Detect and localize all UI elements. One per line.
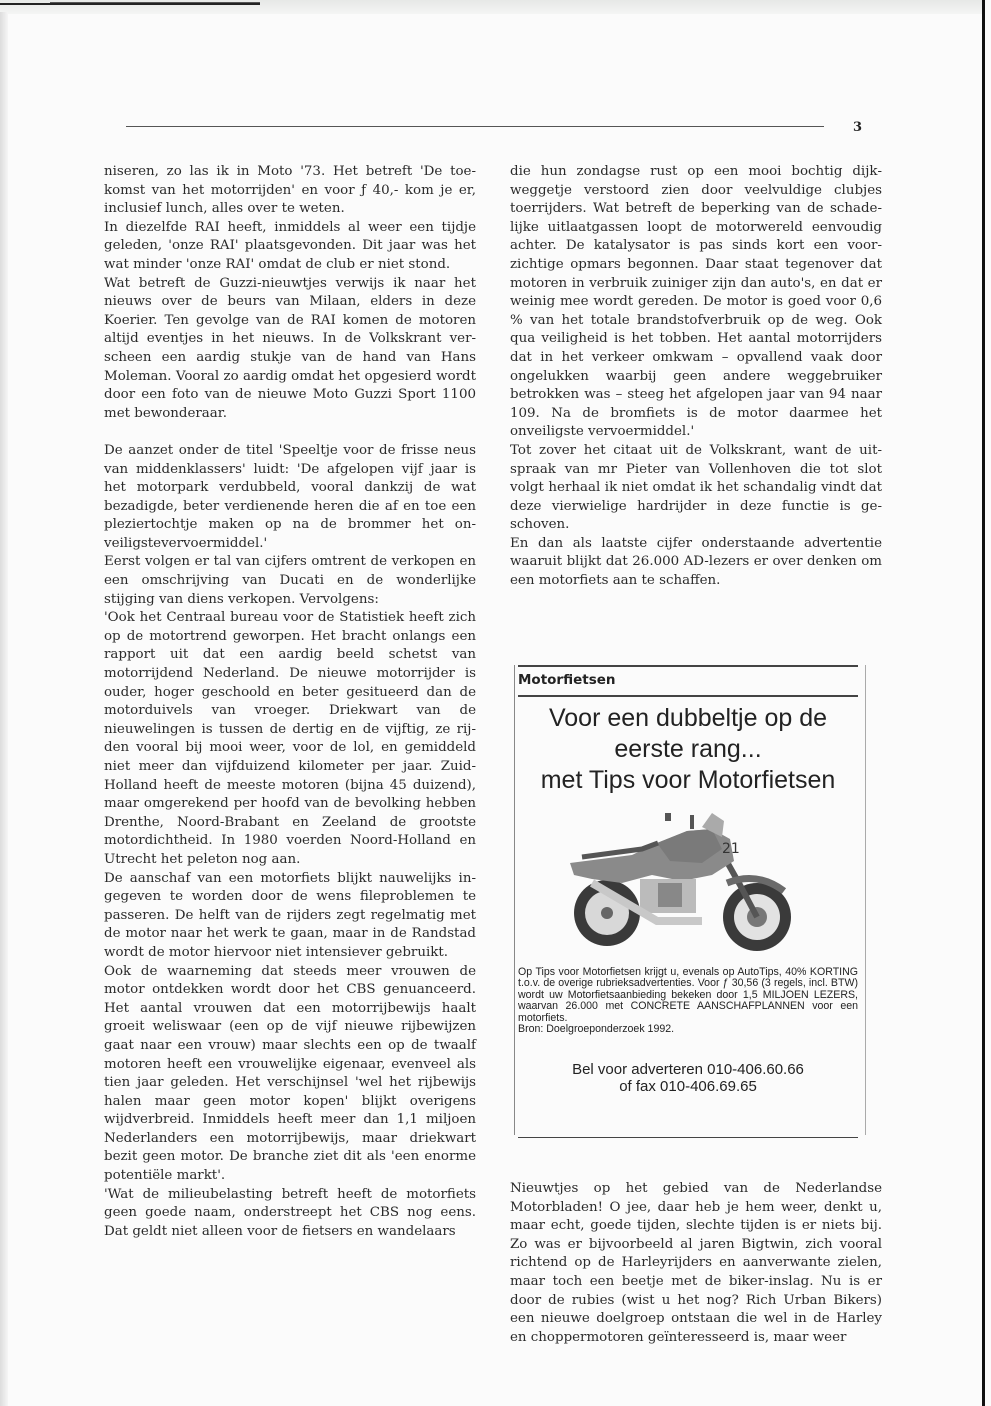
scan-edge-left bbox=[0, 12, 8, 1406]
right-column-top: die hun zondagse rust op een mooi bochti… bbox=[510, 163, 882, 591]
svg-text:21: 21 bbox=[722, 841, 740, 857]
paragraph: Eerst volgen er tal van cijfers omtrent … bbox=[104, 553, 476, 609]
paragraph: 'Ook het Centraal bureau voor de Statist… bbox=[104, 609, 476, 869]
paragraph: die hun zondagse rust op een mooi bochti… bbox=[510, 163, 882, 442]
motorcycle-photo-icon: 21 bbox=[562, 813, 812, 953]
scan-artifact-line bbox=[50, 2, 260, 3]
paragraph: De aanschaf van een motorfiets blijkt na… bbox=[104, 870, 476, 963]
header-rule bbox=[126, 126, 824, 127]
paragraph: Ook de waarneming dat steeds meer vrouwe… bbox=[104, 963, 476, 1186]
paragraph: In diezelfde RAI heeft, inmiddels al wee… bbox=[104, 219, 476, 275]
ad-border-right bbox=[865, 665, 866, 1135]
ad-rule-bottom bbox=[518, 1137, 858, 1138]
ad-headline-line: Voor een dubbeltje op de bbox=[518, 703, 858, 734]
ad-section-label: Motorfietsen bbox=[518, 672, 616, 688]
ad-headline: Voor een dubbeltje op de eerste rang... … bbox=[518, 703, 858, 796]
ad-rule-top bbox=[518, 665, 858, 667]
advertisement-box: Motorfietsen Voor een dubbeltje op de ee… bbox=[514, 665, 858, 1138]
ad-headline-line: eerste rang... bbox=[518, 734, 858, 765]
ad-rule-under-label bbox=[518, 695, 858, 697]
paragraph: Nieuwtjes op het gebied van de Nederland… bbox=[510, 1180, 882, 1347]
ad-headline-line: met Tips voor Motorfietsen bbox=[518, 765, 858, 796]
ad-phone: Bel voor adverteren 010-406.60.66 bbox=[518, 1061, 858, 1078]
scan-margin-right bbox=[985, 0, 991, 1406]
ad-fax: of fax 010-406.69.65 bbox=[518, 1078, 858, 1095]
left-column: niseren, zo las ik in Moto '73. Het betr… bbox=[104, 163, 476, 1241]
paragraph: Tot zover het citaat uit de Volkskrant, … bbox=[510, 442, 882, 535]
paragraph: De aanzet onder de titel 'Speeltje voor … bbox=[104, 442, 476, 554]
scan-artifact-line bbox=[0, 3, 260, 5]
ad-source: Bron: Doelgroeponderzoek 1992. bbox=[518, 1024, 858, 1035]
paragraph: niseren, zo las ik in Moto '73. Het betr… bbox=[104, 163, 476, 219]
paragraph: Wat betreft de Guzzi-nieuwtjes verwijs i… bbox=[104, 275, 476, 424]
ad-contact: Bel voor adverteren 010-406.60.66 of fax… bbox=[518, 1061, 858, 1095]
paragraph: 'Wat de milieubelasting betreft heeft de… bbox=[104, 1186, 476, 1242]
ad-body-text: Op Tips voor Motorfietsen krijgt u, even… bbox=[518, 967, 858, 1024]
right-column-bottom: Nieuwtjes op het gebied van de Nederland… bbox=[510, 1180, 882, 1347]
page-number: 3 bbox=[853, 120, 862, 135]
paragraph: En dan als laatste cijfer onderstaande a… bbox=[510, 535, 882, 591]
ad-border-left bbox=[514, 665, 515, 1135]
paragraph-gap bbox=[104, 423, 476, 442]
ad-body: Op Tips voor Motorfietsen krijgt u, even… bbox=[518, 967, 858, 1035]
